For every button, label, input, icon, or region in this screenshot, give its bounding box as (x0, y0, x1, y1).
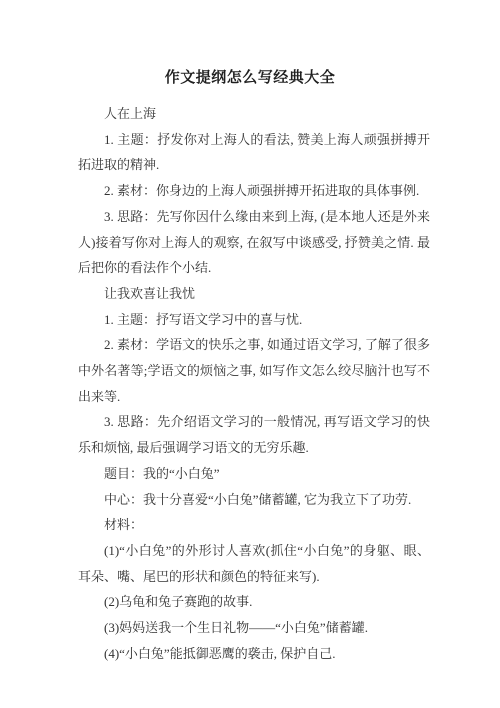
paragraph: 人在上海 (78, 101, 430, 127)
paragraph: 1. 主题：抒写语文学习中的喜与忧. (78, 307, 430, 333)
paragraph: (3)妈妈送我一个生日礼物——“小白兔”储蓄罐. (78, 615, 430, 641)
paragraph: 中心：我十分喜爱“小白兔”储蓄罐, 它为我立下了功劳. (78, 487, 430, 513)
document-page: 作文提纲怎么写经典大全 人在上海 1. 主题：抒发你对上海人的看法, 赞美上海人… (0, 0, 500, 708)
paragraph: 题目：我的“小白兔” (78, 461, 430, 487)
paragraph: 3. 思路：先写你因什么缘由来到上海, (是本地人还是外来人)接着写你对上海人的… (78, 204, 430, 281)
document-title: 作文提纲怎么写经典大全 (0, 0, 500, 87)
paragraph: (1)“小白兔”的外形讨人喜欢(抓住“小白兔”的身躯、眼、耳朵、嘴、尾巴的形状和… (78, 538, 430, 589)
paragraph: 让我欢喜让我忧 (78, 281, 430, 307)
paragraph: 2. 素材：你身边的上海人顽强拼搏开拓进取的具体事例. (78, 178, 430, 204)
document-body: 人在上海 1. 主题：抒发你对上海人的看法, 赞美上海人顽强拼搏开拓进取的精神.… (78, 101, 430, 666)
paragraph: 3. 思路：先介绍语文学习的一般情况, 再写语文学习的快乐和烦恼, 最后强调学习… (78, 409, 430, 460)
paragraph: (2)乌龟和兔子赛跑的故事. (78, 589, 430, 615)
page-number: 1 (0, 647, 500, 658)
paragraph: 1. 主题：抒发你对上海人的看法, 赞美上海人顽强拼搏开拓进取的精神. (78, 127, 430, 178)
paragraph: 材料： (78, 512, 430, 538)
paragraph: 2. 素材：学语文的快乐之事, 如通过语文学习, 了解了很多中外名著等;学语文的… (78, 332, 430, 409)
